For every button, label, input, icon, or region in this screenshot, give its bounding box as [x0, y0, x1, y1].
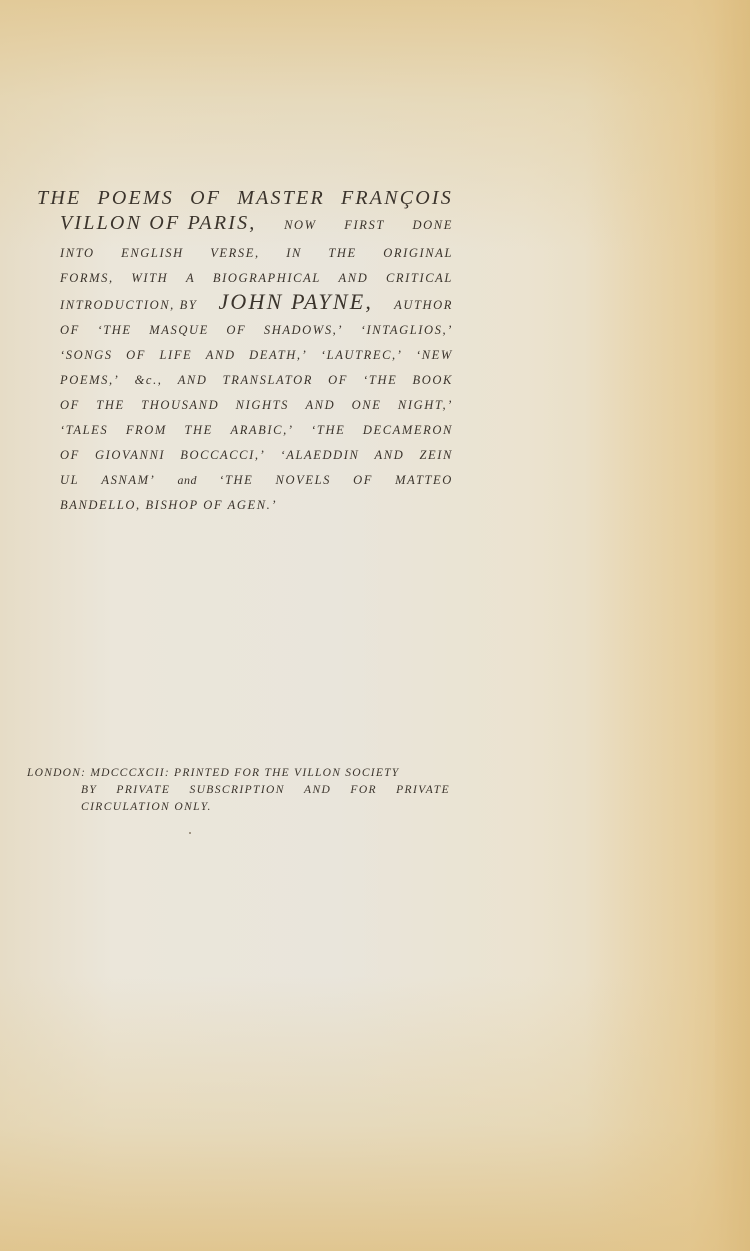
title-line-2: VILLON OF PARIS, NOW FIRST DONE	[60, 212, 453, 235]
word: WITH	[131, 271, 168, 286]
word: FRANÇOIS	[341, 187, 453, 210]
title-line-9: OF THE THOUSAND NIGHTS AND ONE NIGHT,’	[60, 398, 453, 413]
word: FOR	[350, 784, 377, 796]
word: OF	[60, 323, 80, 338]
word: OF	[190, 187, 221, 210]
word: MASTER	[237, 187, 325, 210]
word: PRIVATE	[396, 784, 450, 796]
word: POEMS	[97, 187, 174, 210]
word: NIGHT,’	[398, 398, 453, 413]
word: FIRST	[344, 218, 385, 233]
imprint-line-1: LONDON: MDCCCXCII: PRINTED FOR THE VILLO…	[27, 767, 399, 779]
word: A	[186, 271, 195, 286]
title-line-1: THE POEMS OF MASTER FRANÇOIS	[37, 187, 453, 210]
word: AND	[375, 448, 405, 463]
word: &c.,	[135, 373, 163, 388]
word: MASQUE	[149, 323, 209, 338]
word: MATTEO	[395, 473, 453, 488]
word: ASNAM’	[101, 473, 155, 488]
word: NOW	[284, 218, 317, 233]
word: BANDELLO, BISHOP OF AGEN.’	[60, 498, 277, 512]
word: NOVELS	[276, 473, 331, 488]
word: BOCCACCI,’	[180, 448, 265, 463]
word: INTRODUCTION, BY	[60, 298, 197, 313]
title-line-11: OF GIOVANNI BOCCACCI,’ ‘ALAEDDIN AND ZEI…	[60, 448, 453, 463]
word: ‘TALES	[60, 423, 108, 438]
word: ONE	[352, 398, 382, 413]
word: ‘THE	[363, 373, 397, 388]
word: POEMS,’	[60, 373, 119, 388]
title-line-7: ‘SONGS OF LIFE AND DEATH,’ ‘LAUTREC,’ ‘N…	[60, 348, 453, 363]
word: NIGHTS	[236, 398, 289, 413]
word: AND	[178, 373, 208, 388]
word: ‘LAUTREC,’	[321, 348, 403, 363]
imprint-line-2: BY PRIVATE SUBSCRIPTION AND FOR PRIVATE	[81, 784, 450, 796]
title-line-10: ‘TALES FROM THE ARABIC,’ ‘THE DECAMERON	[60, 423, 453, 438]
word: DONE	[413, 218, 453, 233]
word: FORMS,	[60, 271, 114, 286]
word: BOOK	[413, 373, 453, 388]
title-line-5: INTRODUCTION, BY JOHN PAYNE, AUTHOR	[60, 289, 453, 315]
title-line-4: FORMS, WITH A BIOGRAPHICAL AND CRITICAL	[60, 271, 453, 286]
word: ‘INTAGLIOS,’	[361, 323, 453, 338]
word: ‘THE	[311, 423, 345, 438]
word: INTO	[60, 246, 95, 261]
word: ‘ALAEDDIN	[280, 448, 359, 463]
word: OF	[226, 323, 246, 338]
word: ‘SONGS	[60, 348, 113, 363]
word: CRITICAL	[386, 271, 453, 286]
word: PRIVATE	[116, 784, 170, 796]
word: AND	[339, 271, 369, 286]
word: SHADOWS,’	[264, 323, 343, 338]
title-line-13: BANDELLO, BISHOP OF AGEN.’	[60, 498, 277, 513]
word: IN	[286, 246, 302, 261]
author-name: JOHN PAYNE,	[218, 289, 373, 315]
word: TRANSLATOR	[223, 373, 313, 388]
page-edge-shading	[715, 0, 750, 1251]
word: ‘THE	[97, 323, 131, 338]
word: AND	[304, 784, 331, 796]
word: THOUSAND	[141, 398, 219, 413]
word: ‘NEW	[416, 348, 453, 363]
title-line-12: UL ASNAM’ and ‘THE NOVELS OF MATTEO	[60, 473, 453, 488]
word: GIOVANNI	[95, 448, 165, 463]
word: OF	[60, 448, 80, 463]
word: DECAMERON	[363, 423, 453, 438]
word: ORIGINAL	[383, 246, 453, 261]
imprint-text: LONDON: MDCCCXCII: PRINTED FOR THE VILLO…	[27, 767, 399, 779]
word: OF	[60, 398, 80, 413]
word: DEATH,’	[249, 348, 307, 363]
word: ENGLISH	[121, 246, 184, 261]
word: THE	[96, 398, 124, 413]
word-and: and	[178, 473, 198, 488]
word: THE	[328, 246, 356, 261]
word: SUBSCRIPTION	[189, 784, 284, 796]
word: OF	[328, 373, 348, 388]
word: AND	[305, 398, 335, 413]
word: BY	[81, 784, 97, 796]
imprint-text: CIRCULATION ONLY.	[81, 801, 212, 813]
word: OF	[353, 473, 373, 488]
word: UL	[60, 473, 79, 488]
ink-speck	[189, 832, 191, 834]
imprint-line-3: CIRCULATION ONLY.	[81, 801, 212, 813]
word: OF	[126, 348, 146, 363]
title-line-6: OF ‘THE MASQUE OF SHADOWS,’ ‘INTAGLIOS,’	[60, 323, 453, 338]
word: AUTHOR	[394, 298, 453, 313]
word: ‘THE	[219, 473, 253, 488]
word: ARABIC,’	[230, 423, 293, 438]
word: LIFE	[160, 348, 193, 363]
word: ZEIN	[419, 448, 453, 463]
title-line-3: INTO ENGLISH VERSE, IN THE ORIGINAL	[60, 246, 453, 261]
title-line-8: POEMS,’ &c., AND TRANSLATOR OF ‘THE BOOK	[60, 373, 453, 388]
title-villon: VILLON OF PARIS,	[60, 212, 257, 235]
word: VERSE,	[210, 246, 260, 261]
word: BIOGRAPHICAL	[213, 271, 321, 286]
word: THE	[37, 187, 81, 210]
word: THE	[184, 423, 212, 438]
word: AND	[206, 348, 236, 363]
word: FROM	[126, 423, 167, 438]
